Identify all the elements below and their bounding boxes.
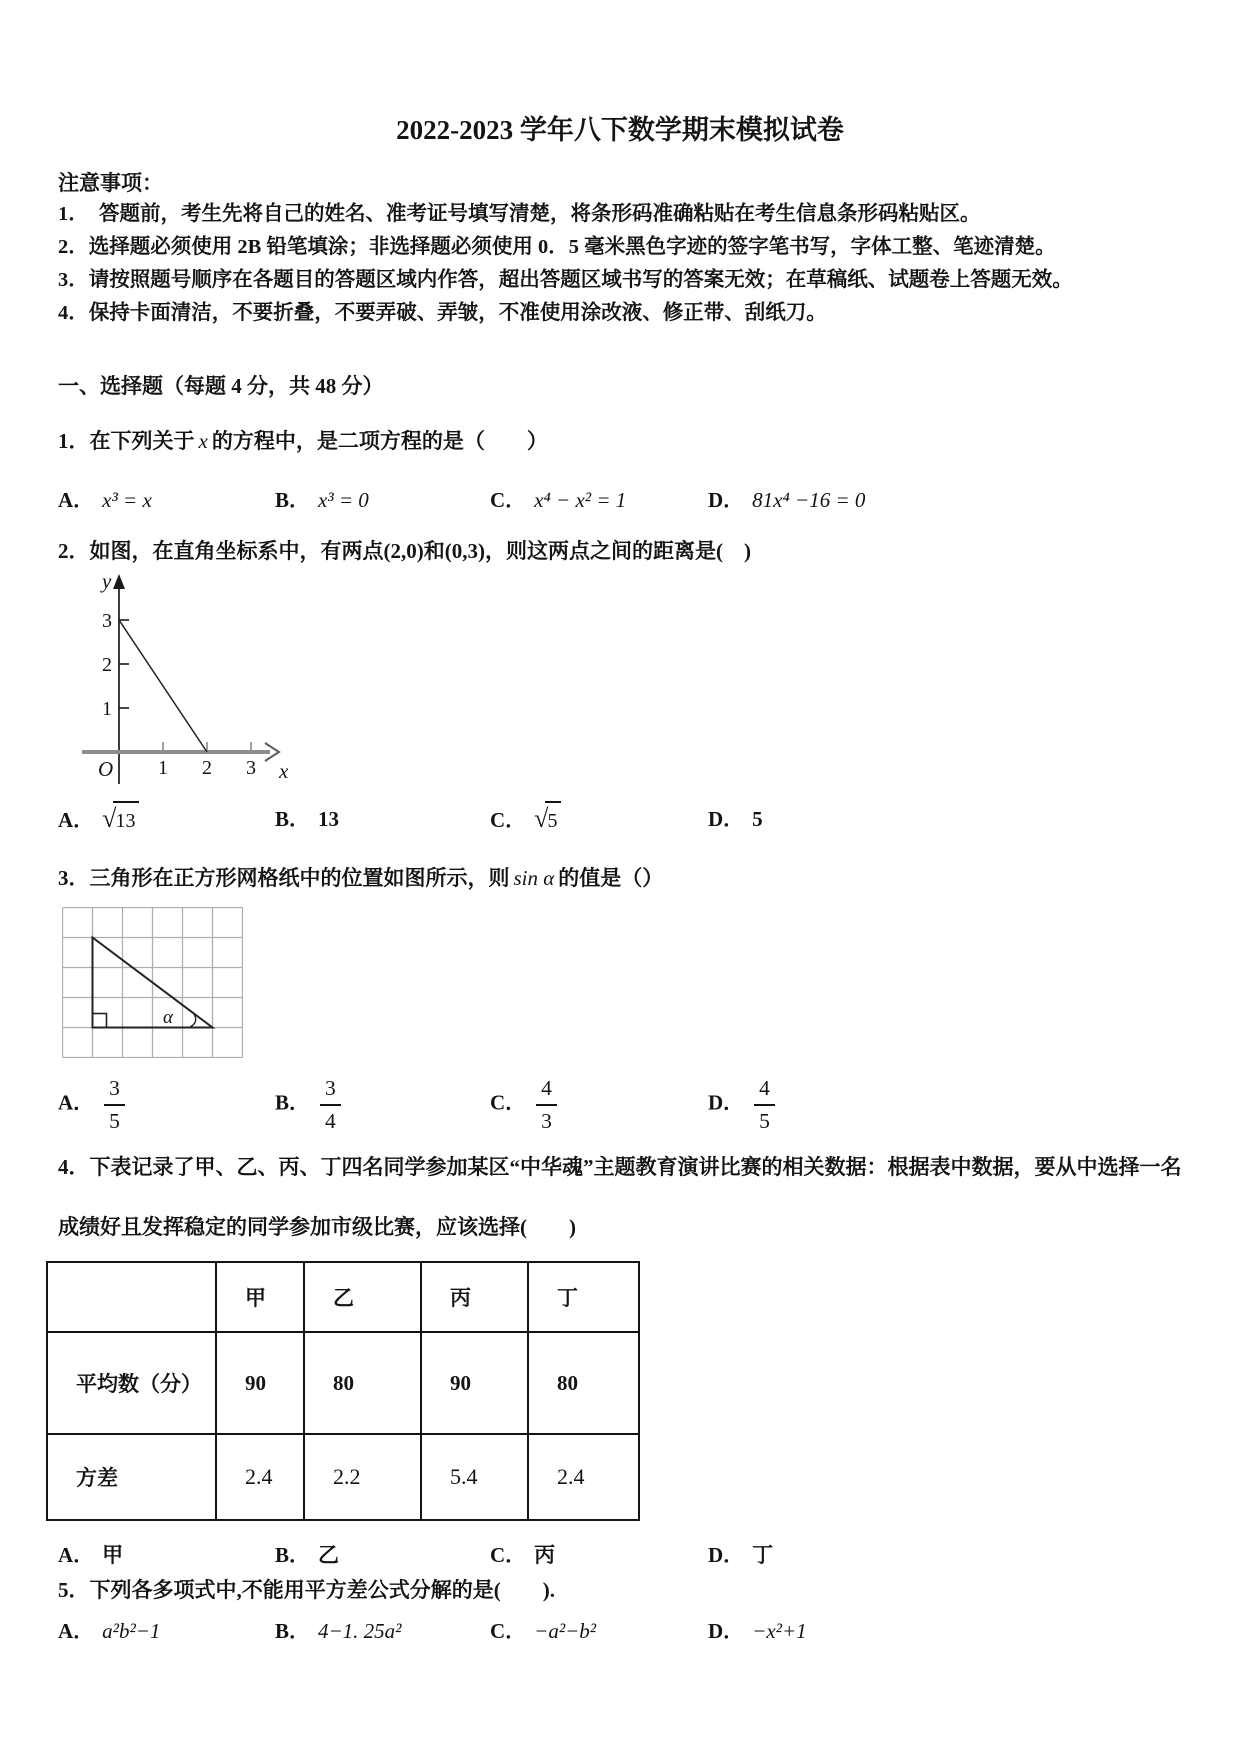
q1-text-before: 1．在下列关于 xyxy=(58,429,195,453)
q1-option-b: B．x³ = 0 xyxy=(275,484,490,517)
option-value: x⁴ − x² = 1 xyxy=(534,488,626,512)
table-cell: 80 xyxy=(304,1332,421,1434)
option-value: 丁 xyxy=(752,1543,773,1567)
q3-option-b: B．34 xyxy=(275,1076,490,1133)
header-cell: 甲 xyxy=(216,1262,304,1332)
question-1-options: A．x³ = x B．x³ = 0 C．x⁴ − x² = 1 D．81x⁴ −… xyxy=(58,484,1182,517)
notice-item: 4．保持卡面清洁，不要折叠，不要弄破、弄皱，不准使用涂改液、修正带、刮纸刀。 xyxy=(58,297,1182,330)
row-label: 平均数（分） xyxy=(47,1332,216,1434)
right-angle-mark xyxy=(93,1014,107,1028)
question-1-text: 1．在下列关于x的方程中，是二项方程的是（ ） xyxy=(58,425,1182,458)
notice-item: 2．选择题必须使用 2B 铅笔填涂；非选择题必须使用 0．5 毫米黑色字迹的签字… xyxy=(58,231,1182,264)
table-row: 方差 2.4 2.2 5.4 2.4 xyxy=(47,1434,639,1520)
option-value: −x²+1 xyxy=(752,1619,806,1643)
x-tick-label: 2 xyxy=(202,757,212,779)
q2-option-d: D．5 xyxy=(708,803,1182,836)
fraction-numerator: 3 xyxy=(104,1076,125,1106)
q1-variable: x xyxy=(199,429,208,453)
notice-section: 注意事项： 1． 答题前，考生先将自己的姓名、准考证号填写清楚，将条形码准确粘贴… xyxy=(58,168,1182,330)
origin-label: O xyxy=(98,757,113,781)
option-label: B． xyxy=(275,488,310,512)
question-4-options: A．甲 B．乙 C．丙 D．丁 xyxy=(58,1539,1182,1572)
option-value: x³ = x xyxy=(102,488,152,512)
option-label: D． xyxy=(708,1091,744,1115)
question-5-options: A．a²b²−1 B．4−1. 25a² C．−a²−b² D．−x²+1 xyxy=(58,1615,1182,1648)
fraction-value: 45 xyxy=(754,1076,775,1133)
y-axis-arrow xyxy=(113,574,125,589)
fraction-numerator: 3 xyxy=(320,1076,341,1106)
fraction-denominator: 5 xyxy=(759,1106,770,1134)
question-3-text: 3．三角形在正方形网格纸中的位置如图所示，则sin α的值是（） xyxy=(58,862,1182,895)
x-tick-label: 1 xyxy=(158,757,168,779)
option-value: 甲 xyxy=(102,1543,123,1567)
table-cell: 2.4 xyxy=(528,1434,639,1520)
fraction-value: 35 xyxy=(104,1076,125,1133)
fraction-denominator: 3 xyxy=(541,1106,552,1134)
table-cell: 90 xyxy=(421,1332,528,1434)
option-label: C． xyxy=(490,1619,526,1643)
q3-math: sin α xyxy=(514,866,555,890)
fraction-numerator: 4 xyxy=(536,1076,557,1106)
section-heading: 一、选择题（每题 4 分，共 48 分） xyxy=(58,370,1182,403)
table-row: 平均数（分） 90 80 90 80 xyxy=(47,1332,639,1434)
fraction-denominator: 4 xyxy=(325,1106,336,1134)
header-cell-empty xyxy=(47,1262,216,1332)
table-header-row: 甲 乙 丙 丁 xyxy=(47,1262,639,1332)
y-tick-label: 3 xyxy=(102,610,112,632)
question-4-text: 4．下表记录了甲、乙、丙、丁四名同学参加某区“中华魂”主题教育演讲比赛的相关数据… xyxy=(58,1137,1184,1257)
q5-option-b: B．4−1. 25a² xyxy=(275,1615,490,1648)
option-value: 5 xyxy=(752,807,763,831)
coordinate-graph-figure: y 3 2 1 O 1 2 3 x xyxy=(76,572,296,787)
y-axis-label: y xyxy=(100,572,112,593)
header-cell: 丁 xyxy=(528,1262,639,1332)
angle-arc xyxy=(189,1014,196,1028)
table-cell: 5.4 xyxy=(421,1434,528,1520)
fraction-value: 34 xyxy=(320,1076,341,1133)
q3-text-before: 3．三角形在正方形网格纸中的位置如图所示，则 xyxy=(58,866,510,890)
option-value: a²b²−1 xyxy=(102,1619,160,1643)
table-cell: 2.4 xyxy=(216,1434,304,1520)
q4-option-a: A．甲 xyxy=(58,1539,275,1572)
notice-item: 3．请按照题号顺序在各题目的答题区域内作答，超出答题区域书写的答案无效；在草稿纸… xyxy=(58,264,1182,297)
question-2-options: A．√13 B．13 C．√5 D．5 xyxy=(58,801,1182,838)
sqrt-value: √5 xyxy=(534,808,561,832)
segment-line xyxy=(119,620,207,752)
option-label: A． xyxy=(58,1543,94,1567)
q3-option-c: C．43 xyxy=(490,1076,708,1133)
table-cell: 80 xyxy=(528,1332,639,1434)
option-label: A． xyxy=(58,1619,94,1643)
option-label: C． xyxy=(490,808,526,832)
q3-option-a: A．35 xyxy=(58,1076,275,1133)
q2-option-a: A．√13 xyxy=(58,801,275,838)
q3-text-after: 的值是（） xyxy=(558,866,663,890)
table-cell: 2.2 xyxy=(304,1434,421,1520)
fraction-numerator: 4 xyxy=(754,1076,775,1106)
fraction-value: 43 xyxy=(536,1076,557,1133)
q1-option-c: C．x⁴ − x² = 1 xyxy=(490,484,708,517)
radicand: 13 xyxy=(113,801,139,838)
row-label: 方差 xyxy=(47,1434,216,1520)
sqrt-value: √13 xyxy=(102,808,139,832)
x-axis-label: x xyxy=(278,759,289,783)
q4-option-b: B．乙 xyxy=(275,1539,490,1572)
grid-triangle-figure: α xyxy=(62,907,243,1058)
option-value: 乙 xyxy=(318,1543,339,1567)
option-label: A． xyxy=(58,1091,94,1115)
notice-item: 1． 答题前，考生先将自己的姓名、准考证号填写清楚，将条形码准确粘贴在考生信息条… xyxy=(58,198,1182,231)
exam-page: 2022-2023 学年八下数学期末模拟试卷 注意事项： 1． 答题前，考生先将… xyxy=(0,0,1240,1754)
q4-option-d: D．丁 xyxy=(708,1539,1182,1572)
q2-option-c: C．√5 xyxy=(490,801,708,838)
q2-option-b: B．13 xyxy=(275,803,490,836)
option-value: 丙 xyxy=(534,1543,555,1567)
header-cell: 丙 xyxy=(421,1262,528,1332)
fraction-denominator: 5 xyxy=(109,1106,120,1134)
y-tick-label: 2 xyxy=(102,654,112,676)
option-label: B． xyxy=(275,807,310,831)
header-cell: 乙 xyxy=(304,1262,421,1332)
option-label: D． xyxy=(708,807,744,831)
page-title: 2022-2023 学年八下数学期末模拟试卷 xyxy=(58,112,1182,148)
option-value: 4−1. 25a² xyxy=(318,1619,401,1643)
question-5-text: 5．下列各多项式中,不能用平方差公式分解的是( ). xyxy=(58,1574,1182,1607)
option-label: B． xyxy=(275,1543,310,1567)
option-label: D． xyxy=(708,488,744,512)
option-value: −a²−b² xyxy=(534,1619,596,1643)
scores-table: 甲 乙 丙 丁 平均数（分） 90 80 90 80 方差 2.4 2.2 5.… xyxy=(46,1261,640,1521)
question-2-text: 2．如图，在直角坐标系中，有两点(2,0)和(0,3)，则这两点之间的距离是( … xyxy=(58,535,1182,568)
question-3-options: A．35 B．34 C．43 D．45 xyxy=(58,1076,1182,1133)
option-label: D． xyxy=(708,1543,744,1567)
option-value: 81x⁴ −16 = 0 xyxy=(752,488,865,512)
option-label: D． xyxy=(708,1619,744,1643)
alpha-label: α xyxy=(163,1007,174,1028)
y-tick-label: 1 xyxy=(102,698,112,720)
q5-option-a: A．a²b²−1 xyxy=(58,1615,275,1648)
option-label: C． xyxy=(490,1091,526,1115)
q5-option-c: C．−a²−b² xyxy=(490,1615,708,1648)
q3-option-d: D．45 xyxy=(708,1076,1182,1133)
x-axis-line xyxy=(82,750,270,754)
x-tick-label: 3 xyxy=(246,757,256,779)
q1-text-after: 的方程中，是二项方程的是（ ） xyxy=(212,429,548,453)
option-label: A． xyxy=(58,488,94,512)
option-label: C． xyxy=(490,488,526,512)
q5-option-d: D．−x²+1 xyxy=(708,1615,1182,1648)
option-label: B． xyxy=(275,1091,310,1115)
radicand: 5 xyxy=(545,801,561,838)
option-label: B． xyxy=(275,1619,310,1643)
q1-option-a: A．x³ = x xyxy=(58,484,275,517)
q4-option-c: C．丙 xyxy=(490,1539,708,1572)
q1-option-d: D．81x⁴ −16 = 0 xyxy=(708,484,1182,517)
option-value: 13 xyxy=(318,807,339,831)
option-label: C． xyxy=(490,1543,526,1567)
notice-heading: 注意事项： xyxy=(58,168,1182,198)
option-value: x³ = 0 xyxy=(318,488,369,512)
option-label: A． xyxy=(58,808,94,832)
table-cell: 90 xyxy=(216,1332,304,1434)
